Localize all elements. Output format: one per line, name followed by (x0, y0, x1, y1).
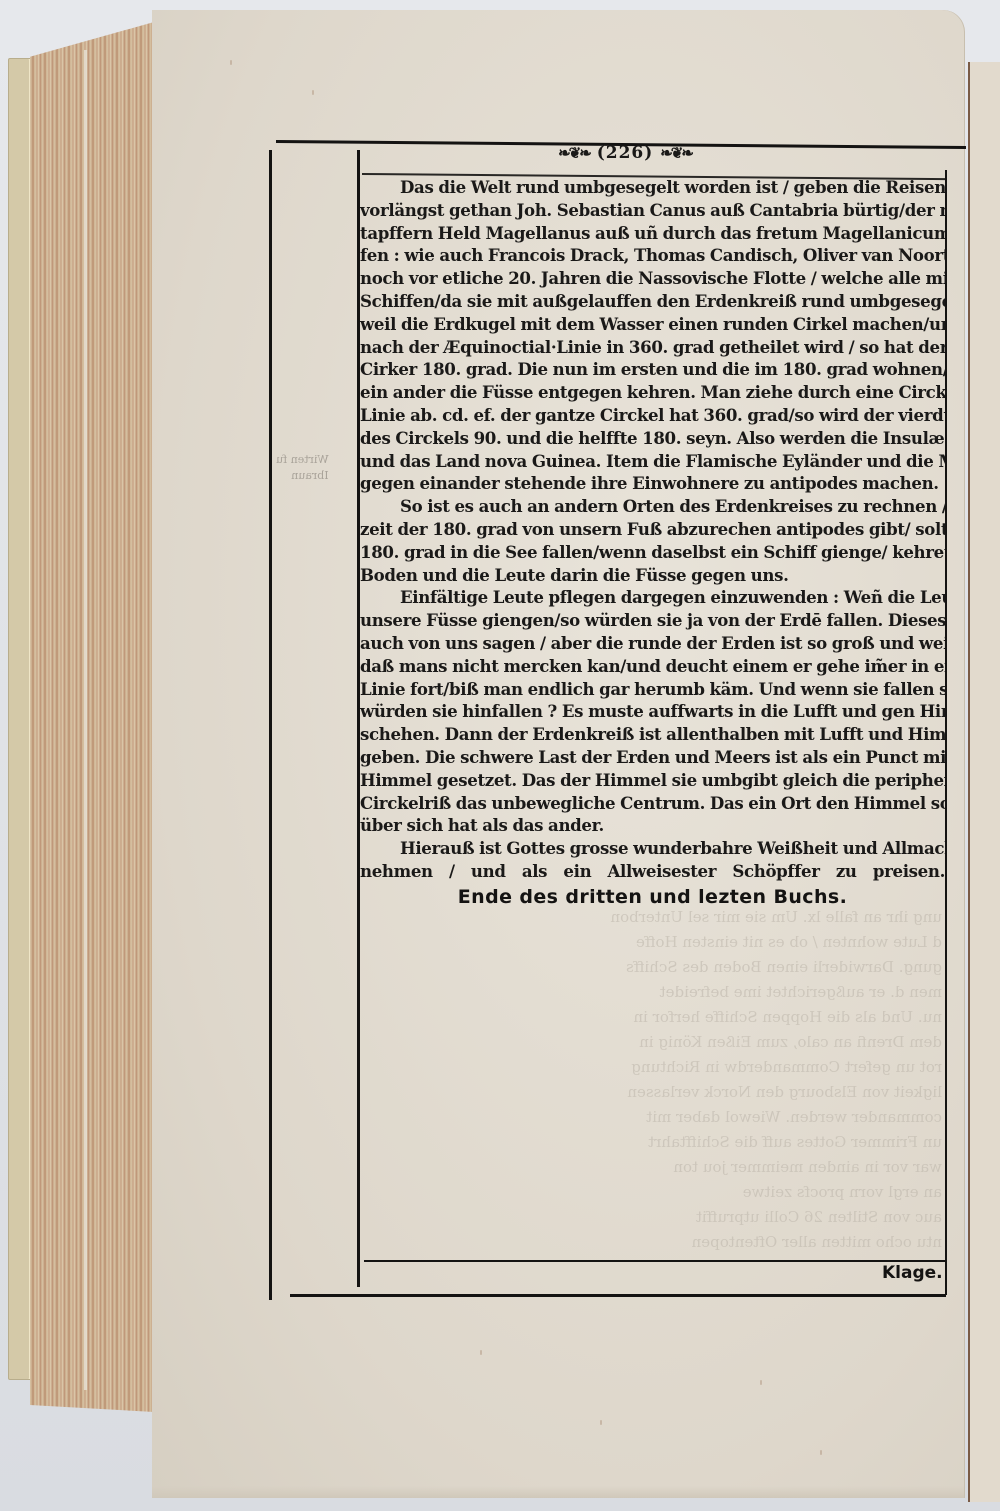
frame-bottom-inner-rule (364, 1260, 946, 1262)
text-line: Schiffen/da sie mit außgelauffen den Erd… (360, 290, 945, 313)
text-line: ein ander die Füsse entgegen kehren. Man… (360, 381, 945, 404)
ghost-line: ntu ocho mitten aller Oftentopen (362, 1230, 942, 1250)
frame-bottom-outer-rule (290, 1294, 946, 1297)
text-line: gegen einander stehende ihre Einwohnere … (360, 472, 945, 495)
text-line: und das Land nova Guinea. Item die Flami… (360, 450, 945, 473)
paragraph-3: Einfältige Leute pflegen dargegen einzuw… (360, 586, 945, 837)
body-text: Das die Welt rund umbgesegelt worden ist… (360, 176, 945, 883)
paragraph-2: So ist es auch an andern Orten des Erden… (360, 495, 945, 586)
text-line: Das die Welt rund umbgesegelt worden ist… (360, 176, 945, 199)
text-line: So ist es auch an andern Orten des Erden… (360, 495, 945, 518)
ghost-line: ung ihr an falle lx. Um sie mir sel Unte… (362, 905, 942, 930)
ghost-line: auc von Stilten 26 Colli utpruffit (362, 1205, 942, 1230)
facing-page-edge (968, 62, 1000, 1502)
ghost-line: rot un gefert Commanderdw in Richtung (362, 1055, 942, 1080)
paper-speck (820, 1450, 822, 1455)
ghost-line: un Frimmer Gottes auff die Schifftahrt (362, 1130, 942, 1155)
text-line: Einfältige Leute pflegen dargegen einzuw… (360, 586, 945, 609)
ghost-line: war vor in ainden meimmer jou ton (362, 1155, 942, 1180)
frame-left-outer-rule (269, 150, 272, 1300)
ornament-right-icon: ❧❦❧ (660, 144, 692, 162)
paragraph-1: Das die Welt rund umbgesegelt worden ist… (360, 176, 945, 495)
text-line: noch vor etliche 20. Jahren die Nassovis… (360, 267, 945, 290)
ghost-line: dem Drenfi an calo, zum Eißen König in (362, 1030, 942, 1055)
text-line: unsere Füsse giengen/so würden sie ja vo… (360, 609, 945, 632)
text-line: über sich hat als das ander. (360, 814, 945, 837)
text-line: 180. grad in die See fallen/wenn daselbs… (360, 541, 945, 564)
text-line: Linie fort/biß man endlich gar herumb kä… (360, 678, 945, 701)
margin-bleed-through: Wirten fu Ibraun (276, 452, 329, 484)
text-line: geben. Die schwere Last der Erden und Me… (360, 746, 945, 769)
catchword: Klage. (882, 1263, 943, 1283)
text-line: fen : wie auch Francois Drack, Thomas Ca… (360, 244, 945, 267)
paragraph-4: Hierauß ist Gottes grosse wunderbahre We… (360, 837, 945, 883)
book-cover-edge (8, 58, 32, 1380)
paper-speck (230, 60, 232, 65)
text-line: Hierauß ist Gottes grosse wunderbahre We… (360, 837, 945, 860)
ghost-line: commander werden. Wiewol daber mit (362, 1105, 942, 1130)
text-line: würden sie hinfallen ? Es muste auffwart… (360, 700, 945, 723)
text-line: Linie ab. cd. ef. der gantze Circkel hat… (360, 404, 945, 427)
frame-right-rule (945, 170, 947, 1295)
text-line: daß mans nicht mercken kan/und deucht ei… (360, 655, 945, 678)
text-line: tapffern Held Magellanus auß uñ durch da… (360, 222, 945, 245)
text-line: Himmel gesetzet. Das der Himmel sie umbg… (360, 769, 945, 792)
paper-speck (600, 1420, 602, 1425)
text-line: Boden und die Leute darin die Füsse gege… (360, 564, 945, 587)
text-line: nach der Æquinoctial·Linie in 360. grad … (360, 336, 945, 359)
paper-speck (312, 90, 314, 95)
ghost-line: nu. Und als die Hoppen Schiffe herfor in (362, 1005, 942, 1030)
text-line: des Circkels 90. und die helffte 180. se… (360, 427, 945, 450)
ghost-line: d Lute wohnten / ob es nit einsten Hoffe (362, 930, 942, 955)
page-header: ❧❦❧ (226) ❧❦❧ (515, 143, 735, 163)
text-line: Cirker 180. grad. Die nun im ersten und … (360, 358, 945, 381)
text-line: weil die Erdkugel mit dem Wasser einen r… (360, 313, 945, 336)
ghost-line: an ergl vorn procfs zeitwe (362, 1180, 942, 1205)
paper-speck (480, 1350, 482, 1355)
paper-speck (760, 1380, 762, 1385)
text-line: Circkelriß das unbewegliche Centrum. Das… (360, 792, 945, 815)
ghost-line: Ibraun (276, 468, 329, 484)
text-line: zeit der 180. grad von unsern Fuß abzure… (360, 518, 945, 541)
text-line: vorlängst gethan Joh. Sebastian Canus au… (360, 199, 945, 222)
book-fore-edge (30, 22, 154, 1412)
ornament-left-icon: ❧❦❧ (558, 144, 590, 162)
page-gap (84, 50, 87, 1390)
ghost-line: men d. er außgerichtet ime befreidet (362, 980, 942, 1005)
ghost-line: Wirten fu (276, 452, 329, 468)
text-line: auch von uns sagen / aber die runde der … (360, 632, 945, 655)
ghost-line: gung. Darwiderli einen Boden des Schiffs (362, 955, 942, 980)
text-line: schehen. Dann der Erdenkreiß ist allenth… (360, 723, 945, 746)
bleed-through-text: ung ihr an falle lx. Um sie mir sel Unte… (362, 905, 942, 1250)
ghost-line: ligkeit von Elsbourg den Norck verlassen (362, 1080, 942, 1105)
text-line: nehmen / und als ein Allweisester Schöpf… (360, 860, 945, 883)
page-number: (226) (597, 143, 654, 163)
